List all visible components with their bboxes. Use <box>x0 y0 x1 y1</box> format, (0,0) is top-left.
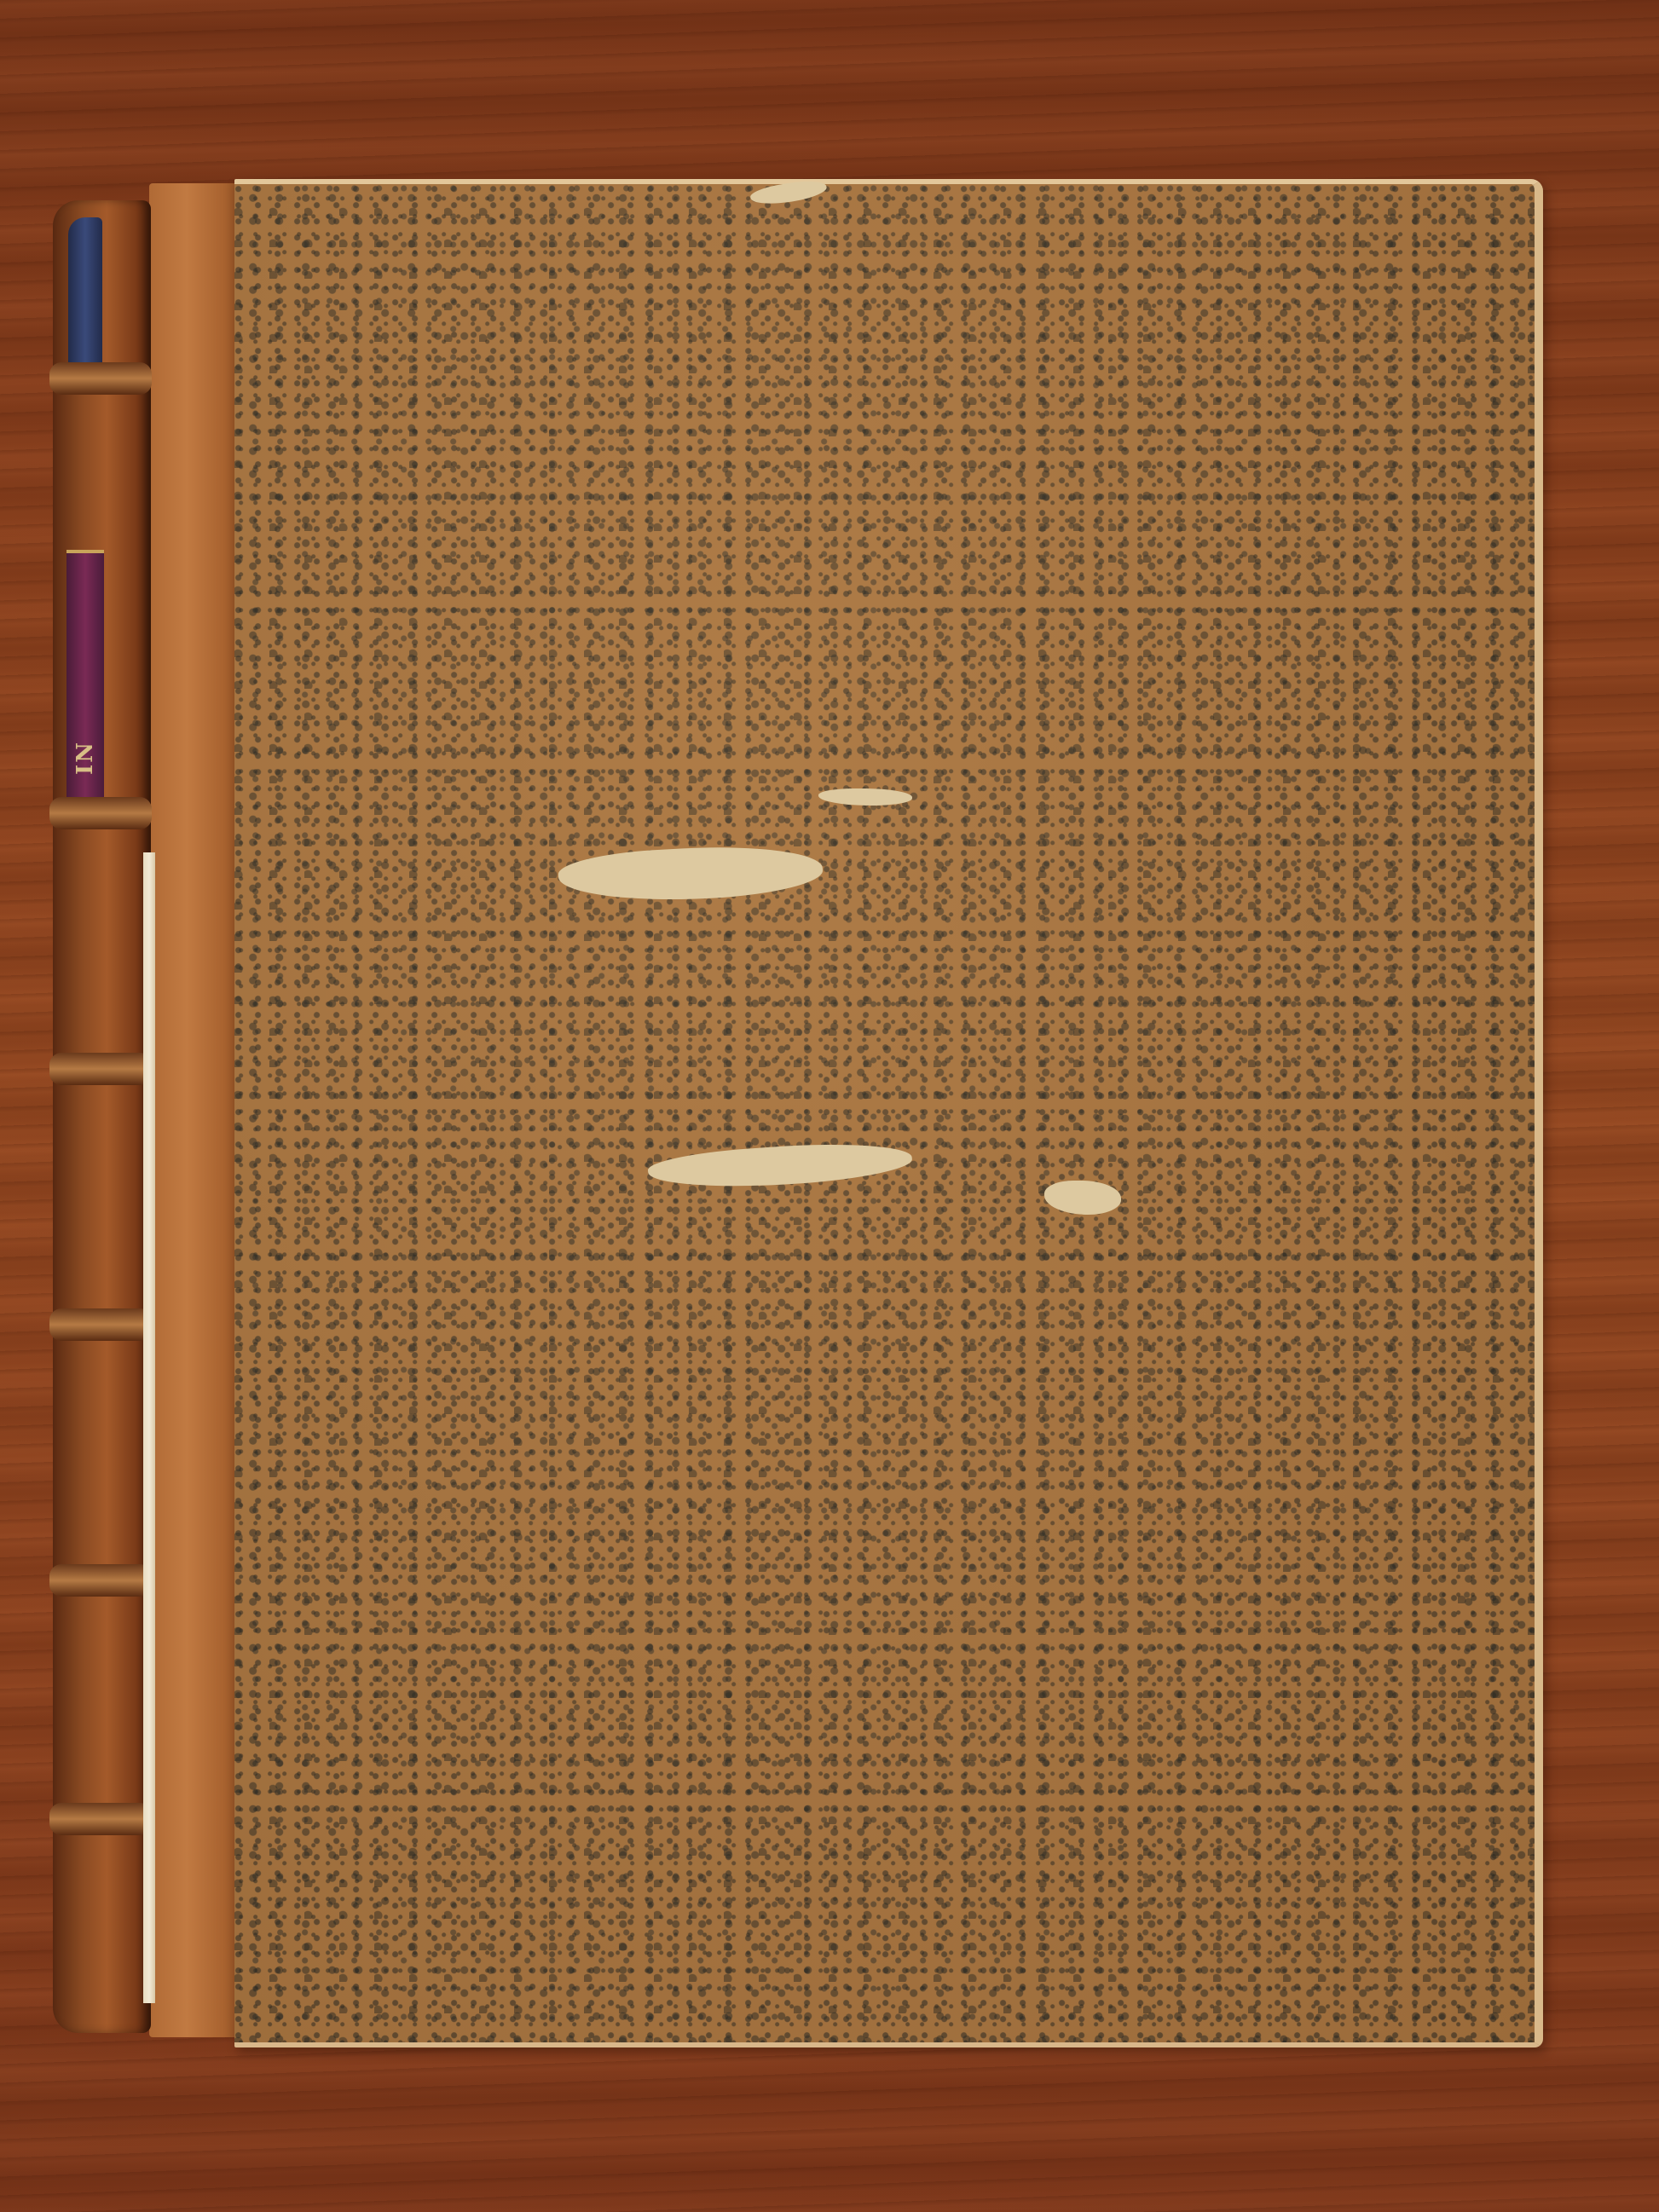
page-edges <box>143 852 155 2003</box>
spine-title-label: IN <box>66 550 104 812</box>
spine-raised-band <box>49 1803 152 1835</box>
spine-raised-band <box>49 797 152 829</box>
book-spine: IN <box>53 200 151 2033</box>
book-leather-corner-edge <box>149 183 243 2037</box>
spine-raised-band <box>49 1053 152 1085</box>
spine-raised-band <box>49 362 152 395</box>
spine-title-text: IN <box>72 741 98 775</box>
spine-raised-band <box>49 1308 152 1341</box>
book-front-cover <box>234 179 1543 2047</box>
spine-raised-band <box>49 1564 152 1597</box>
